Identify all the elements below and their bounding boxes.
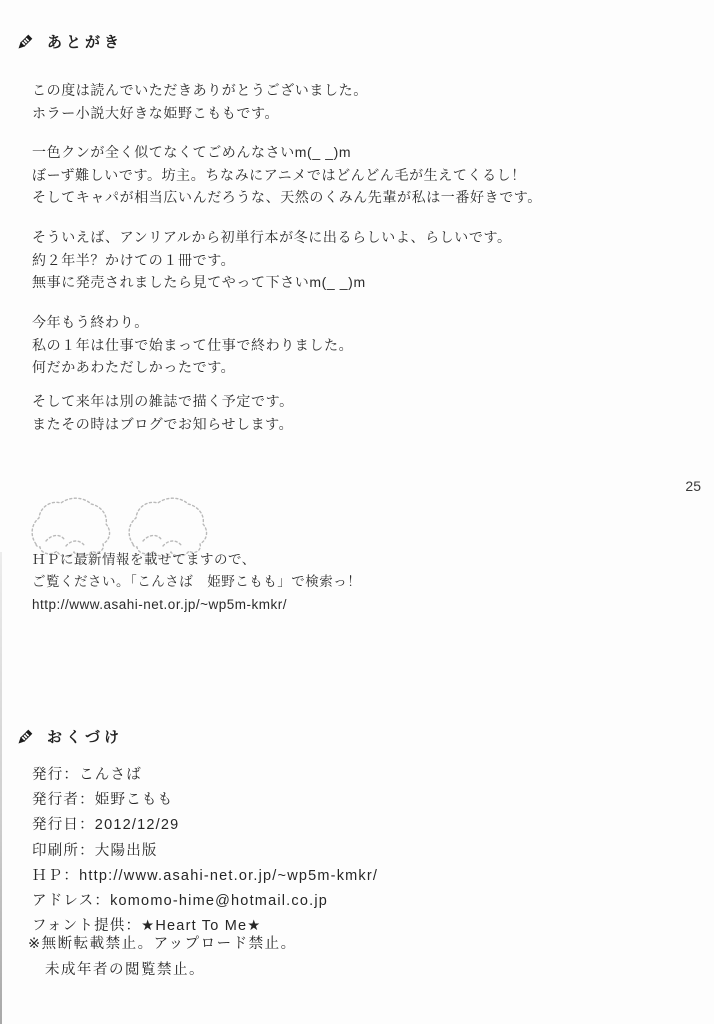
page-number: 25 — [685, 478, 701, 494]
minors-prohibited-notice: 未成年者の閲覧禁止。 — [28, 957, 297, 983]
colophon-list: 発行：こんさば 発行者：姫野こもも 発行日：2012/12/29 印刷所：大陽出… — [32, 763, 378, 939]
wing-left — [32, 498, 109, 556]
text-line: この度は読んでいただきありがとうございました。 — [32, 79, 368, 102]
text-line: 一色クンが全く似てなくてごめんなさいm(_ _)m — [32, 141, 542, 164]
afterword-header: あとがき — [16, 31, 123, 52]
publisher-entry: 発行：こんさば — [32, 763, 378, 788]
email-entry: アドレス：komomo-hime@hotmail.co.jp — [32, 889, 378, 914]
afterword-paragraph-1: この度は読んでいただきありがとうございました。 ホラー小説大好きな姫野こももです… — [32, 79, 368, 124]
text-line: そしてキャパが相当広いんだろうな、天然のくみん先輩が私は一番好きです。 — [32, 186, 542, 209]
afterword-paragraph-3: そういえば、アンリアルから初単行本が冬に出るらしいよ、らしいです。 約２年半？か… — [32, 226, 512, 294]
scan-edge-artifact — [0, 552, 2, 1024]
printer-entry: 印刷所：大陽出版 — [32, 839, 378, 864]
text-line: そういえば、アンリアルから初単行本が冬に出るらしいよ、らしいです。 — [32, 226, 512, 249]
website-url: http://www.asahi-net.or.jp/~wp5m-kmkr/ — [32, 594, 361, 616]
pencil-icon — [16, 33, 34, 51]
text-line: 無事に発売されましたら見てやって下さいm(_ _)m — [32, 271, 512, 294]
text-line: 何だかあわただしかったです。 — [32, 356, 353, 379]
text-line: 今年もう終わり。 — [32, 311, 353, 334]
text-line: ＨＰに最新情報を載せてますので、 — [32, 549, 361, 571]
pencil-icon — [16, 728, 34, 746]
text-line: 私の１年は仕事で始まって仕事で終わりました。 — [32, 334, 353, 357]
text-line: ぼーず難しいです。坊主。ちなみにアニメではどんどん毛が生えてくるし！ — [32, 164, 542, 187]
publish-date-entry: 発行日：2012/12/29 — [32, 813, 378, 838]
text-line: ご覧ください。「こんさば 姫野こもも」で検索っ！ — [32, 571, 361, 593]
scanned-afterword-page: あとがき この度は読んでいただきありがとうございました。 ホラー小説大好きな姫野… — [0, 0, 714, 1024]
text-line: ホラー小説大好きな姫野こももです。 — [32, 102, 368, 125]
text-line: 約２年半？かけての１冊です。 — [32, 249, 512, 272]
homepage-entry: ＨＰ：http://www.asahi-net.or.jp/~wp5m-kmkr… — [32, 864, 378, 889]
notices: ※無断転載禁止。アップロード禁止。 未成年者の閲覧禁止。 — [28, 931, 297, 983]
hp-note: ＨＰに最新情報を載せてますので、 ご覧ください。「こんさば 姫野こもも」で検索っ… — [32, 549, 361, 616]
afterword-paragraph-2: 一色クンが全く似てなくてごめんなさいm(_ _)m ぼーず難しいです。坊主。ちな… — [32, 141, 542, 209]
text-line: またその時はブログでお知らせします。 — [32, 413, 294, 436]
afterword-paragraph-4: 今年もう終わり。 私の１年は仕事で始まって仕事で終わりました。 何だかあわただし… — [32, 311, 353, 379]
afterword-heading: あとがき — [47, 31, 123, 52]
wing-right — [129, 498, 206, 556]
afterword-paragraph-5: そして来年は別の雑誌で描く予定です。 またその時はブログでお知らせします。 — [32, 390, 294, 435]
text-line: そして来年は別の雑誌で描く予定です。 — [32, 390, 294, 413]
colophon-heading: おくづけ — [47, 726, 123, 747]
no-reproduction-notice: ※無断転載禁止。アップロード禁止。 — [28, 931, 297, 957]
colophon-header: おくづけ — [16, 726, 123, 747]
author-entry: 発行者：姫野こもも — [32, 788, 378, 813]
